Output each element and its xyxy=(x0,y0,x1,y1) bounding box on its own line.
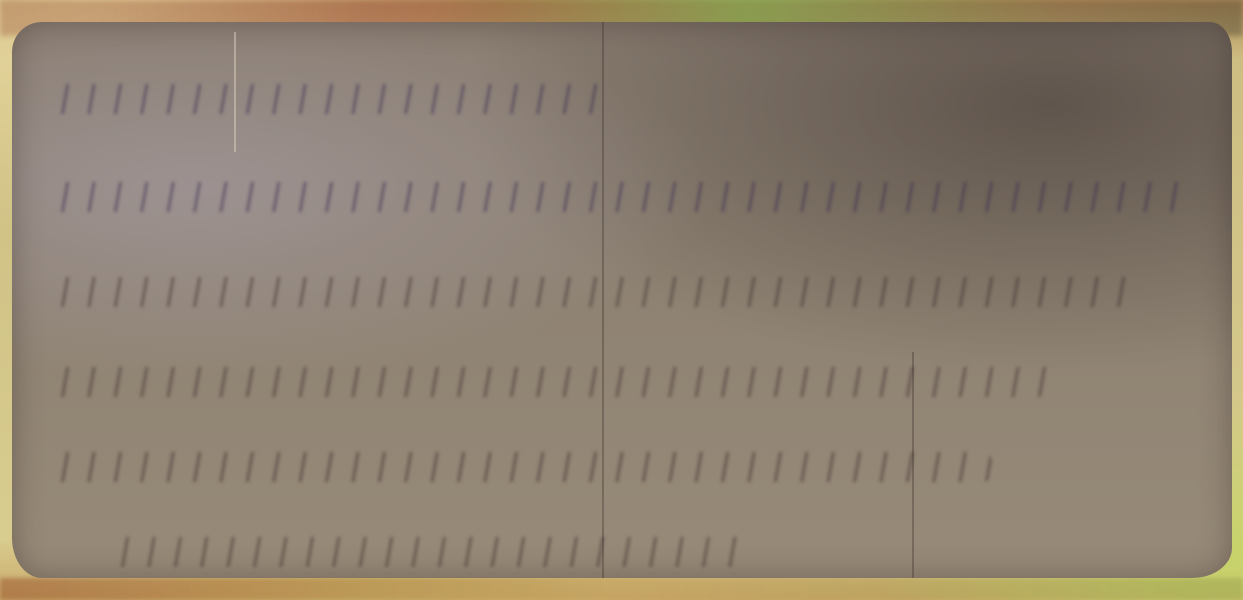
ink-strokes xyxy=(52,367,1062,397)
handwriting-line-1: [illegible handwriting] xyxy=(52,84,612,114)
paper-label: [illegible handwriting] [illegible handw… xyxy=(12,22,1232,578)
handwriting-line-4: [illegible handwriting] xyxy=(52,367,1062,397)
handwriting-line-2: [illegible handwriting] xyxy=(52,182,1192,212)
rust-stain-bottom xyxy=(0,578,1243,600)
handwriting-line-5: [illegible handwriting] xyxy=(52,452,992,482)
ink-strokes xyxy=(52,452,992,482)
ink-strokes xyxy=(112,537,752,567)
handwriting-line-6: [illegible handwriting] xyxy=(112,537,752,567)
ink-strokes xyxy=(52,182,1192,212)
ink-strokes xyxy=(52,84,612,114)
handwriting-line-3: [illegible handwriting] xyxy=(52,277,1142,307)
ink-strokes xyxy=(52,277,1142,307)
